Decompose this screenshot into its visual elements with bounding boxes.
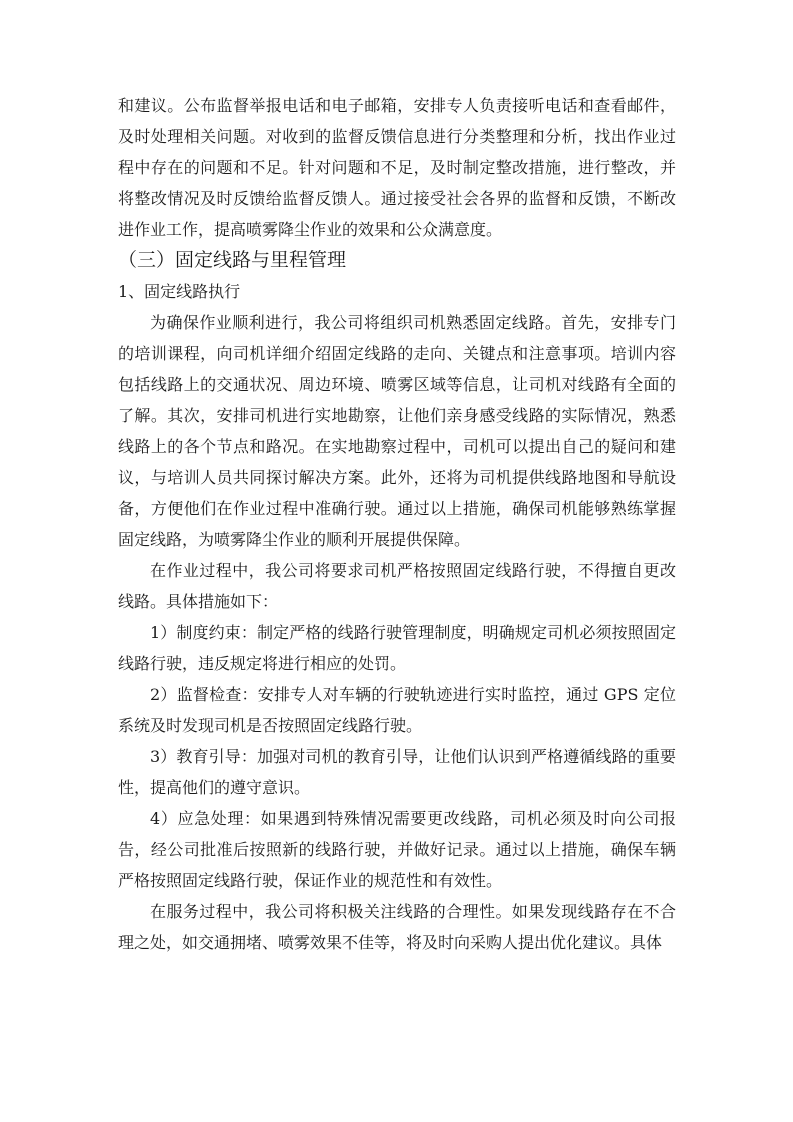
paragraph-continuation: 和建议。公布监督举报电话和电子邮箱，安排专人负责接听电话和查看邮件，及时处理相关… [118,90,676,245]
paragraph-route-training: 为确保作业顺利进行，我公司将组织司机熟悉固定线路。首先，安排专门的培训课程，向司… [118,307,676,555]
list-item-3: 3）教育引导：加强对司机的教育引导，让他们认识到严格遵循线路的重要性，提高他们的… [118,741,676,803]
list-item-4: 4）应急处理：如果遇到特殊情况需要更改线路，司机必须及时向公司报告，经公司批准后… [118,803,676,896]
subsection-heading: 1、固定线路执行 [118,276,676,307]
document-page: 和建议。公布监督举报电话和电子邮箱，安排专人负责接听电话和查看邮件，及时处理相关… [0,0,793,1122]
paragraph-route-optimization: 在服务过程中，我公司将积极关注线路的合理性。如果发现线路存在不合理之处，如交通拥… [118,896,676,958]
list-item-1: 1）制度约束：制定严格的线路行驶管理制度，明确规定司机必须按照固定线路行驶，违反… [118,617,676,679]
list-item-2: 2）监督检查：安排专人对车辆的行驶轨迹进行实时监控，通过 GPS 定位系统及时发… [118,679,676,741]
section-heading: （三）固定线路与里程管理 [118,245,676,276]
paragraph-measures-intro: 在作业过程中，我公司将要求司机严格按照固定线路行驶，不得擅自更改线路。具体措施如… [118,555,676,617]
